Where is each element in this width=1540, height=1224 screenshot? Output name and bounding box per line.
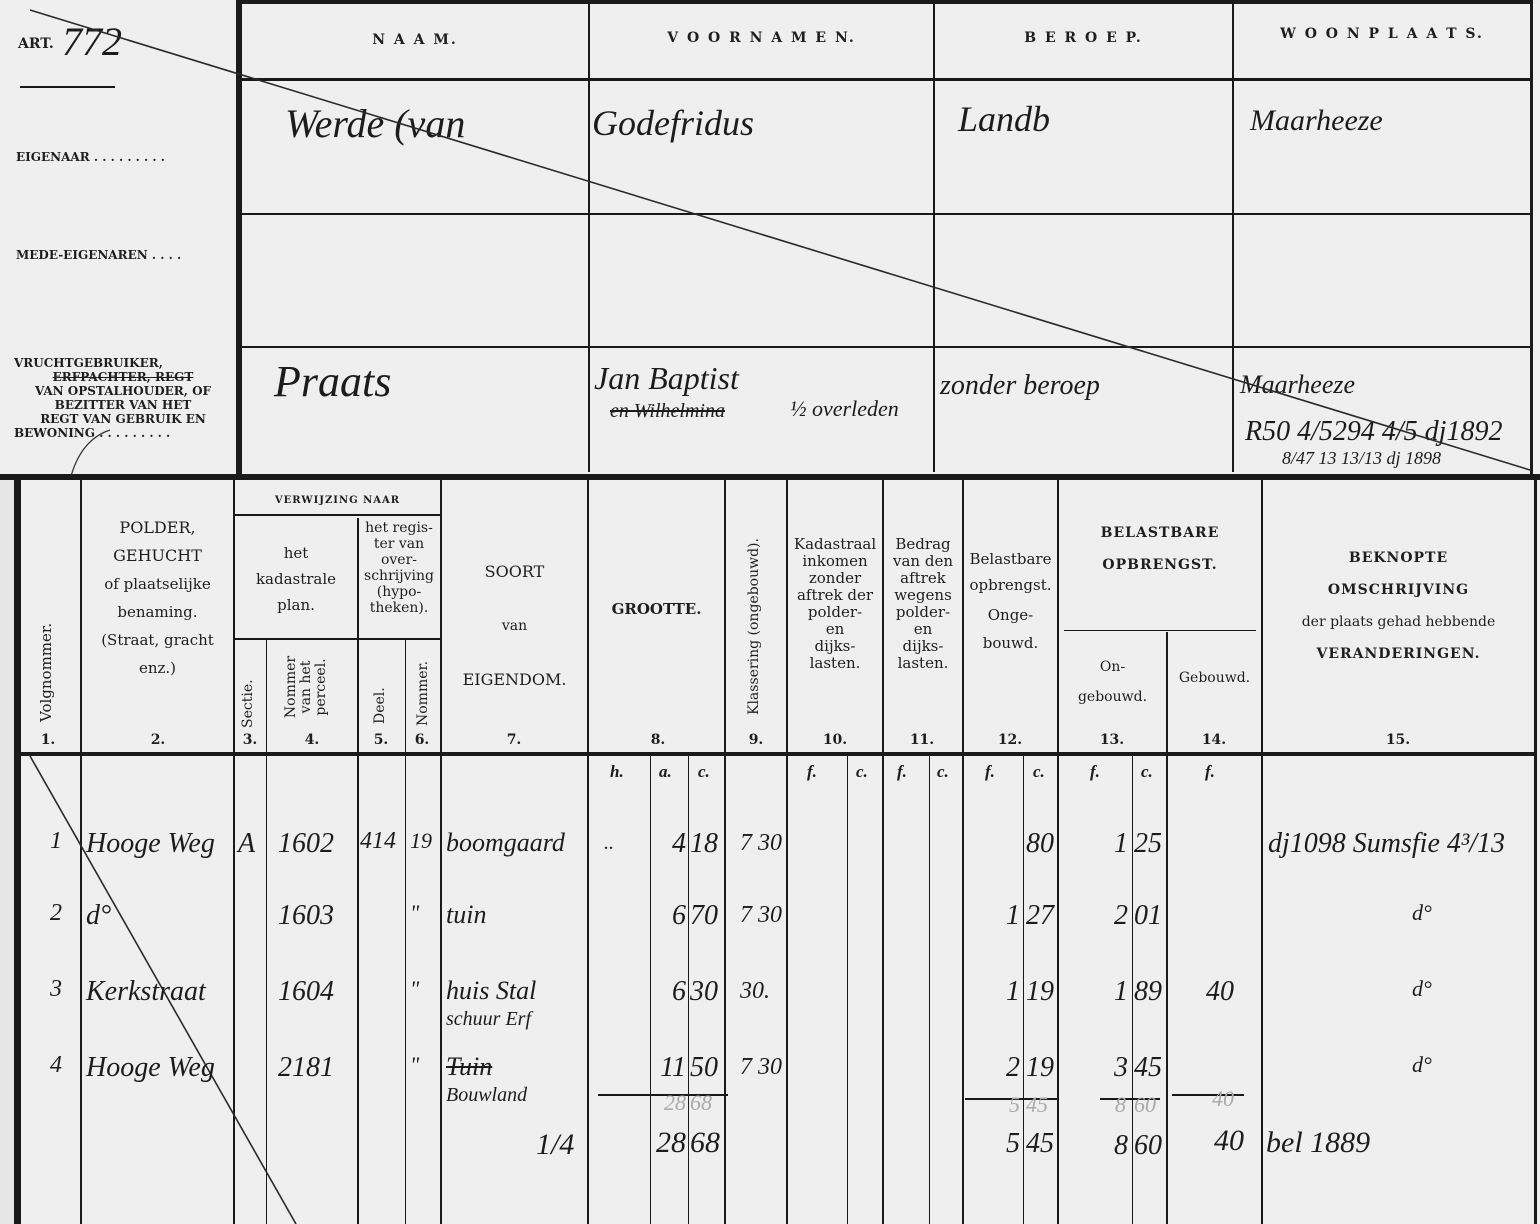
header-beknopte-omschrijving: BEKNOPTE OMSCHRIJVING der plaats gehad h… bbox=[1263, 540, 1534, 672]
col-div-11a bbox=[929, 756, 930, 1224]
owner-strike-line bbox=[0, 0, 1540, 480]
subtotal-o13-f: 8 bbox=[1086, 1092, 1126, 1118]
row-gebouwd14: 40 bbox=[1206, 976, 1256, 1008]
column-number: 15. bbox=[1378, 732, 1418, 748]
row-klasse: 7 30 bbox=[740, 1054, 786, 1081]
total-grootte-a: 28 bbox=[642, 1126, 686, 1160]
row-ongebouwd13-f: 1 bbox=[1080, 828, 1128, 860]
row-ongebouwd13-c: 89 bbox=[1134, 976, 1166, 1008]
header-kadastrale-plan: het kadastrale plan. bbox=[235, 540, 357, 618]
row-nommer: " bbox=[410, 900, 440, 926]
header-ongebouwd-13: On- gebouwd. bbox=[1059, 652, 1166, 712]
column-number: 1. bbox=[28, 732, 68, 748]
column-number: 5. bbox=[361, 732, 401, 748]
row-grootte-c: 30 bbox=[690, 976, 724, 1008]
column-number: 4. bbox=[292, 732, 332, 748]
row-deel: 414 bbox=[360, 828, 406, 855]
col-div-13-14 bbox=[1166, 632, 1168, 1224]
row-perceel: 1604 bbox=[278, 976, 354, 1008]
header-soort-eigendom: SOORT van EIGENDOM. bbox=[442, 545, 587, 707]
col-div-5-6 bbox=[405, 640, 406, 1224]
row-klasse: 7 30 bbox=[740, 902, 786, 929]
unit-label-c: c. bbox=[1033, 762, 1053, 782]
row-volgnommer: 4 bbox=[50, 1052, 70, 1079]
header-register-overschrijving: het regis- ter van over- schrijving (hyp… bbox=[358, 520, 440, 616]
row-volgnommer: 3 bbox=[50, 976, 70, 1003]
header-deel: Deel. bbox=[372, 687, 389, 724]
row-grootte-c: 70 bbox=[690, 900, 724, 932]
header-nommer-perceel: Nommer van het perceel. bbox=[284, 642, 329, 732]
header-bedrag-aftrek: Bedrag van den aftrek wegens polder- en … bbox=[884, 536, 962, 672]
row-nommer: 19 bbox=[410, 828, 440, 854]
column-number: 10. bbox=[815, 732, 855, 748]
row-omschrijving: d° bbox=[1412, 1052, 1452, 1078]
column-number: 9. bbox=[736, 732, 776, 748]
unit-label-c: c. bbox=[937, 762, 957, 782]
unit-label-f: f. bbox=[807, 762, 827, 782]
col-div-8b bbox=[688, 756, 689, 1224]
subtotal-o12-f: 5 bbox=[980, 1092, 1020, 1118]
row-ongebouwd12-c: 19 bbox=[1026, 1052, 1058, 1084]
row-klasse: 7 30 bbox=[740, 830, 786, 857]
row-soort-2: Bouwland bbox=[446, 1084, 586, 1107]
verwijzing-divider bbox=[235, 514, 440, 516]
header-klassering: Klassering (ongebouwd). bbox=[746, 538, 763, 715]
column-number: 11. bbox=[902, 732, 942, 748]
column-number: 12. bbox=[990, 732, 1030, 748]
row-grootte-a: 6 bbox=[640, 976, 686, 1008]
row-omschrijving: dj1098 Sumsfie 4³/13 bbox=[1268, 828, 1534, 860]
unit-label-h: h. bbox=[610, 762, 630, 782]
unit-label-f: f. bbox=[985, 762, 1005, 782]
column-number: 8. bbox=[638, 732, 678, 748]
row-grootte-a: 11 bbox=[640, 1052, 686, 1084]
unit-label-a: a. bbox=[659, 762, 679, 782]
header-gebouwd-14: Gebouwd. bbox=[1168, 670, 1261, 687]
row-soort: Tuin bbox=[446, 1052, 586, 1082]
row-soort: huis Stal bbox=[446, 976, 586, 1006]
table-right-border bbox=[1534, 476, 1537, 1224]
column-number: 13. bbox=[1092, 732, 1132, 748]
row-ongebouwd12-f: 1 bbox=[978, 900, 1020, 932]
row-ongebouwd12-f: 1 bbox=[978, 976, 1020, 1008]
row-sectie: A bbox=[238, 828, 266, 860]
row-ongebouwd12-c: 80 bbox=[1026, 828, 1058, 860]
row-ongebouwd13-c: 25 bbox=[1134, 828, 1166, 860]
header-sectie: Sectie. bbox=[240, 679, 257, 728]
subtotal-grootte-a: 28 bbox=[650, 1090, 686, 1116]
header-verwijzing: VERWIJZING NAAR bbox=[235, 495, 440, 506]
subtotal-o13-c: 60 bbox=[1134, 1092, 1166, 1118]
row-soort-2: schuur Erf bbox=[446, 1008, 586, 1031]
row-soort: tuin bbox=[446, 900, 586, 930]
row-volgnommer: 1 bbox=[50, 828, 70, 855]
row-polder: Hooge Weg bbox=[86, 1052, 236, 1084]
header-kadastraal-inkomen: Kadastraal inkomen zonder aftrek der pol… bbox=[788, 536, 882, 672]
row-klasse: 30. bbox=[740, 978, 786, 1005]
row-perceel: 2181 bbox=[278, 1052, 354, 1084]
row-volgnommer: 2 bbox=[50, 900, 70, 927]
total-g14: 40 bbox=[1214, 1124, 1260, 1158]
column-number: 3. bbox=[230, 732, 270, 748]
unit-label-c: c. bbox=[698, 762, 718, 782]
table-top-border bbox=[0, 474, 1540, 480]
col-div-13a bbox=[1132, 756, 1133, 1224]
row-ongebouwd13-f: 3 bbox=[1080, 1052, 1128, 1084]
subtotal-g14: 40 bbox=[1212, 1086, 1252, 1112]
column-number: 14. bbox=[1194, 732, 1234, 748]
header-volgnommer: Volgnommer. bbox=[38, 623, 55, 722]
header-polder: POLDER, GEHUCHT of plaatselijke benaming… bbox=[82, 514, 233, 682]
kadastrale-sub-divider bbox=[235, 638, 440, 640]
row-grootte-a: 6 bbox=[640, 900, 686, 932]
row-omschrijving: d° bbox=[1412, 900, 1452, 926]
unit-label-f: f. bbox=[1090, 762, 1110, 782]
header-grootte: GROOTTE. bbox=[589, 600, 724, 618]
subtotal-grootte-c: 68 bbox=[690, 1090, 724, 1116]
col-div-7-8 bbox=[587, 480, 589, 1224]
row-grootte-c: 50 bbox=[690, 1052, 724, 1084]
row-polder: Kerkstraat bbox=[86, 976, 236, 1008]
total-o13-f: 8 bbox=[1080, 1130, 1128, 1162]
row-perceel: 1603 bbox=[278, 900, 354, 932]
row-ongebouwd13-f: 2 bbox=[1080, 900, 1128, 932]
total-grootte-c: 68 bbox=[690, 1126, 724, 1160]
row-omschrijving: d° bbox=[1412, 976, 1452, 1002]
row-soort: boomgaard bbox=[446, 828, 586, 858]
header-belastbare-ongebouwd-12: Belastbare opbrengst. Onge- bouwd. bbox=[964, 542, 1057, 660]
column-number: 2. bbox=[138, 732, 178, 748]
column-number: 6. bbox=[402, 732, 442, 748]
row-ongebouwd13-c: 45 bbox=[1134, 1052, 1166, 1084]
row-grootte-c: 18 bbox=[690, 828, 724, 860]
header-belastbare-opbrengst: BELASTBARE OPBRENGST. bbox=[1059, 520, 1261, 584]
total-count: 1/4 bbox=[536, 1128, 576, 1162]
belastbare-sub-divider bbox=[1064, 630, 1256, 631]
col-div-4-5 bbox=[357, 518, 359, 1224]
row-nommer: " bbox=[410, 1052, 440, 1078]
row-perceel: 1602 bbox=[278, 828, 354, 860]
row-polder: Hooge Weg bbox=[86, 828, 236, 860]
total-omschrijving: bel 1889 bbox=[1266, 1126, 1386, 1160]
unit-label-f: f. bbox=[897, 762, 917, 782]
row-ongebouwd13-c: 01 bbox=[1134, 900, 1166, 932]
total-o12-f: 5 bbox=[978, 1128, 1020, 1160]
header-nommer: Nommer. bbox=[415, 661, 432, 726]
row-nommer: " bbox=[410, 976, 440, 1002]
col-div-12a bbox=[1023, 756, 1024, 1224]
col-div-10a bbox=[847, 756, 848, 1224]
row-grootte-a: 4 bbox=[640, 828, 686, 860]
row-polder: d° bbox=[86, 900, 236, 932]
total-o12-c: 45 bbox=[1026, 1128, 1058, 1160]
row-ongebouwd13-f: 1 bbox=[1080, 976, 1128, 1008]
unit-label-c: c. bbox=[1141, 762, 1161, 782]
unit-label-f: f. bbox=[1205, 762, 1225, 782]
column-number: 7. bbox=[494, 732, 534, 748]
row-grootte-h: .. bbox=[604, 832, 644, 855]
unit-label-c: c. bbox=[856, 762, 876, 782]
row-ongebouwd12-f: 2 bbox=[978, 1052, 1020, 1084]
total-o13-c: 60 bbox=[1134, 1130, 1166, 1162]
row-ongebouwd12-c: 19 bbox=[1026, 976, 1058, 1008]
col-div-8-9 bbox=[724, 480, 726, 1224]
row-ongebouwd12-c: 27 bbox=[1026, 900, 1058, 932]
subtotal-o12-c: 45 bbox=[1026, 1092, 1058, 1118]
